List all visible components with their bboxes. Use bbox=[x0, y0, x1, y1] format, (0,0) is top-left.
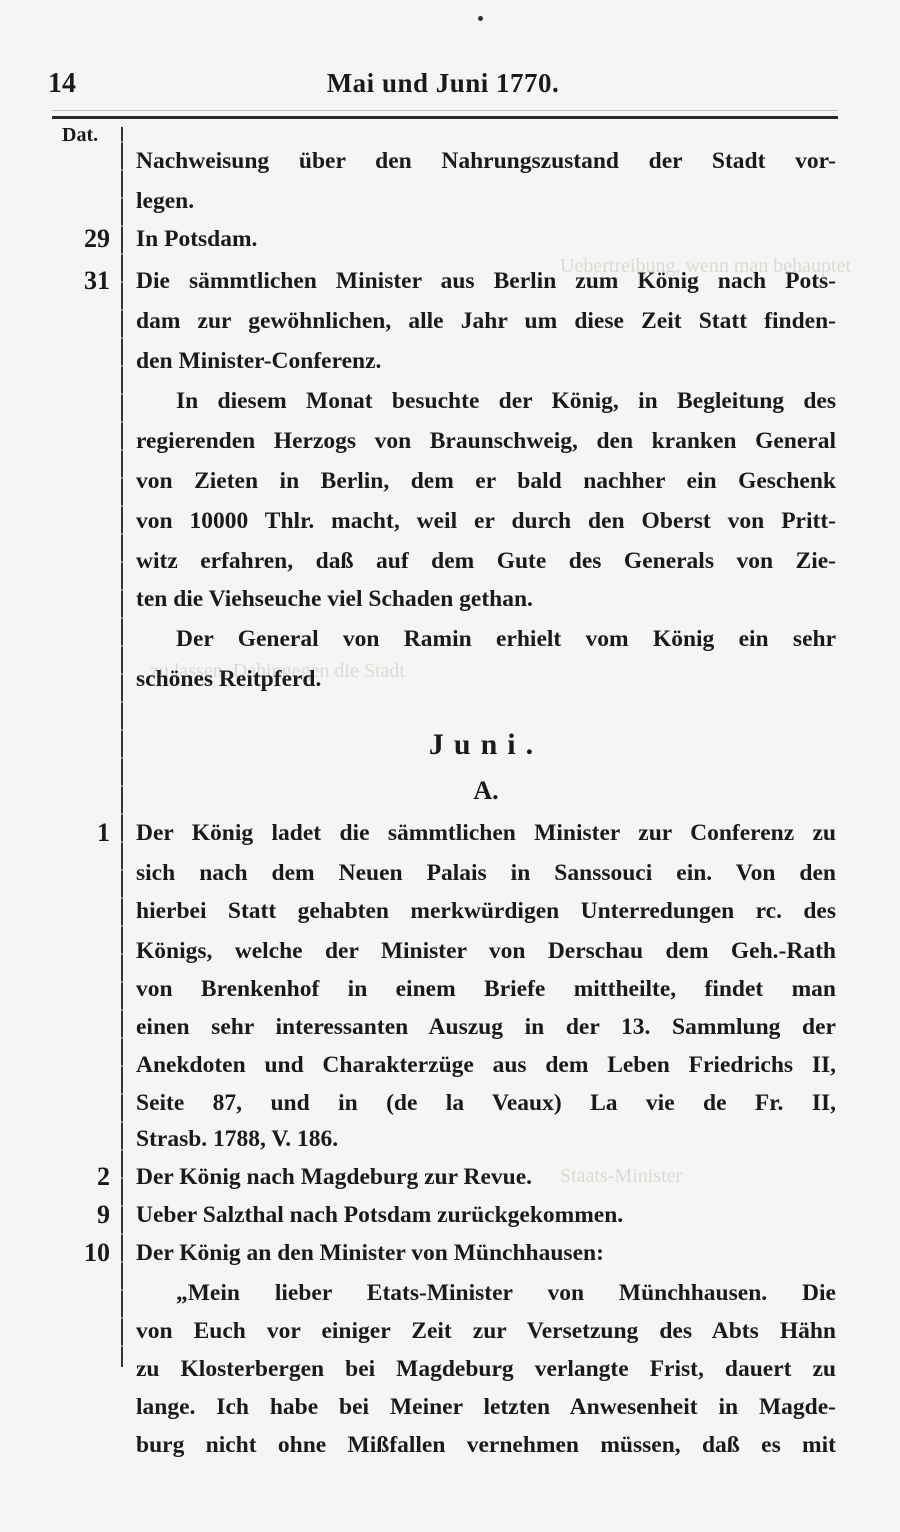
text-line: von 10000 Thlr. macht, weil er durch den… bbox=[136, 506, 836, 536]
text-line: Die sämmtlichen Minister aus Berlin zum … bbox=[136, 266, 836, 296]
entry-date: 2 bbox=[64, 1162, 110, 1192]
text-line: dam zur gewöhnlichen, alle Jahr um diese… bbox=[136, 306, 836, 336]
ink-speck bbox=[478, 16, 483, 21]
text-line: Königs, welche der Minister von Derschau… bbox=[136, 936, 836, 966]
text-line: Der König an den Minister von Münchhause… bbox=[136, 1238, 836, 1268]
text-line: von Euch vor einiger Zeit zur Versetzung… bbox=[136, 1316, 836, 1346]
entry-date: 9 bbox=[64, 1200, 110, 1230]
text-line: ten die Viehseuche viel Schaden gethan. bbox=[136, 584, 836, 614]
text-line: In Potsdam. bbox=[136, 224, 836, 254]
page-header: 14 Mai und Juni 1770. bbox=[48, 68, 838, 108]
running-title: Mai und Juni 1770. bbox=[48, 68, 838, 99]
text-line: von Brenkenhof in einem Briefe mittheilt… bbox=[136, 974, 836, 1004]
text-line: Der General von Ramin erhielt vom König … bbox=[176, 624, 836, 654]
text-line: Ueber Salzthal nach Potsdam zurückgekomm… bbox=[136, 1200, 836, 1230]
text-line: einen sehr interessanten Auszug in der 1… bbox=[136, 1012, 836, 1042]
entry-date: 1 bbox=[64, 818, 110, 848]
scanned-page: Uebertreibung, wenn man behauptet zu las… bbox=[0, 0, 900, 1532]
text-line: burg nicht ohne Mißfallen vernehmen müss… bbox=[136, 1430, 836, 1460]
date-column-label: Dat. bbox=[62, 124, 98, 147]
text-line: Seite 87, und in (de la Veaux) La vie de… bbox=[136, 1088, 836, 1118]
text-line: „Mein lieber Etats-Minister von Münchhau… bbox=[176, 1278, 836, 1308]
header-rule-thick bbox=[52, 116, 838, 119]
text-line: Der König ladet die sämmtlichen Minister… bbox=[136, 818, 836, 848]
entry-date: 31 bbox=[64, 266, 110, 296]
text-line: von Zieten in Berlin, dem er bald nachhe… bbox=[136, 466, 836, 496]
month-heading: Juni. bbox=[136, 730, 836, 760]
text-line: Nachweisung über den Nahrungszustand der… bbox=[136, 146, 836, 176]
text-line: In diesem Monat besuchte der König, in B… bbox=[176, 386, 836, 416]
entry-date: 10 bbox=[64, 1238, 110, 1268]
section-letter: A. bbox=[136, 776, 836, 806]
text-line: legen. bbox=[136, 186, 836, 216]
text-line: lange. Ich habe bei Meiner letzten Anwes… bbox=[136, 1392, 836, 1422]
text-line: Anekdoten und Charakterzüge aus dem Lebe… bbox=[136, 1050, 836, 1080]
text-line: sich nach dem Neuen Palais in Sanssouci … bbox=[136, 858, 836, 888]
text-line: den Minister-Conferenz. bbox=[136, 346, 836, 376]
date-column-divider bbox=[121, 127, 123, 1367]
text-line: schönes Reitpferd. bbox=[136, 664, 836, 694]
text-line: zu Klosterbergen bei Magdeburg verlangte… bbox=[136, 1354, 836, 1384]
text-line: Der König nach Magdeburg zur Revue. bbox=[136, 1162, 836, 1192]
text-line: Strasb. 1788, V. 186. bbox=[136, 1124, 836, 1154]
entry-date: 29 bbox=[64, 224, 110, 254]
header-rule-thin bbox=[52, 110, 838, 111]
text-line: regierenden Herzogs von Braunschweig, de… bbox=[136, 426, 836, 456]
text-line: witz erfahren, daß auf dem Gute des Gene… bbox=[136, 546, 836, 576]
text-line: hierbei Statt gehabten merkwürdigen Unte… bbox=[136, 896, 836, 926]
